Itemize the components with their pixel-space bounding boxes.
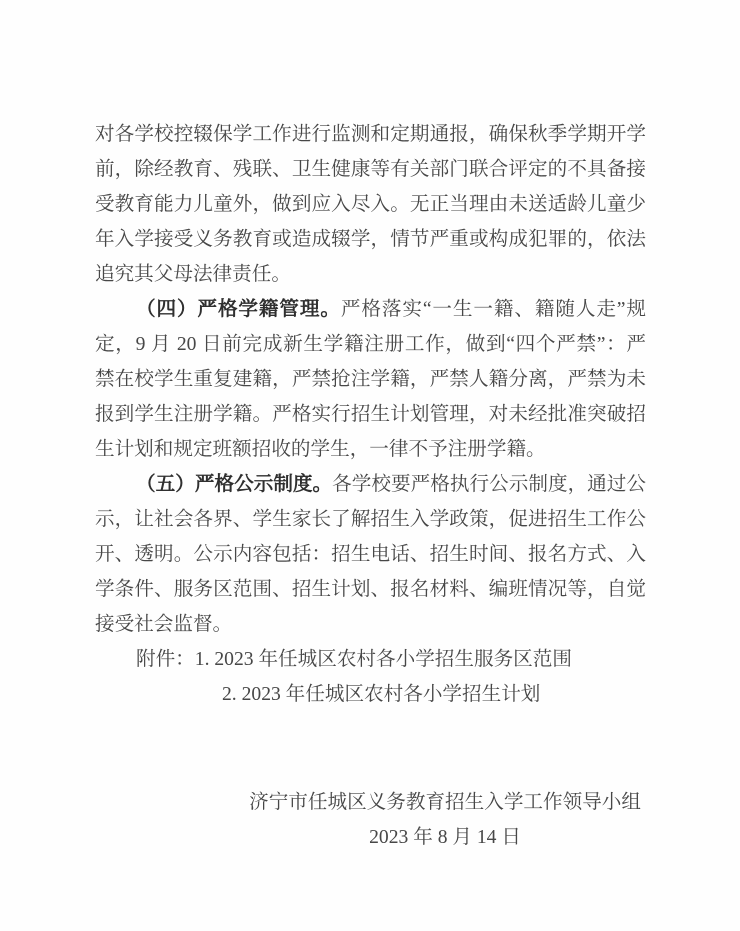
attachment-item: 2. 2023 年任城区农村各小学招生计划 [222,684,540,705]
paragraph-text: 各学校要严格执行公示制度，通过公示，让社会各界、学生家长了解招生入学政策，促进招… [95,474,646,635]
signature-organization: 济宁市任城区义务教育招生入学工作领导小组 [249,785,641,820]
paragraph-text: 严格落实“一生一籍、籍随人走”规定，9 月 20 日前完成新生学籍注册工作，做到… [95,299,646,460]
signature-date: 2023 年 8 月 14 日 [249,820,641,855]
paragraph-lead: （五）严格公示制度。 [136,474,332,495]
document-page: 对各学校控辍保学工作进行监测和定期通报，确保秋季学期开学前，除经教育、残联、卫生… [0,0,740,931]
attachment-item: 1. 2023 年任城区农村各小学招生服务区范围 [195,649,572,670]
paragraph-continuation: 对各学校控辍保学工作进行监测和定期通报，确保秋季学期开学前，除经教育、残联、卫生… [95,117,646,292]
paragraph-lead: （四）严格学籍管理。 [136,299,341,320]
attachment-line: 附件：1. 2023 年任城区农村各小学招生服务区范围 [95,642,646,677]
attachments-label: 附件： [136,649,195,670]
signature-block: 济宁市任城区义务教育招生入学工作领导小组 2023 年 8 月 14 日 [249,785,641,855]
attachment-line: 2. 2023 年任城区农村各小学招生计划 [95,677,646,712]
paragraph-section-4: （四）严格学籍管理。严格落实“一生一籍、籍随人走”规定，9 月 20 日前完成新… [95,292,646,467]
paragraph-text: 对各学校控辍保学工作进行监测和定期通报，确保秋季学期开学前，除经教育、残联、卫生… [95,124,646,285]
paragraph-section-5: （五）严格公示制度。各学校要严格执行公示制度，通过公示，让社会各界、学生家长了解… [95,467,646,642]
attachments-block: 附件：1. 2023 年任城区农村各小学招生服务区范围 2. 2023 年任城区… [95,642,646,712]
